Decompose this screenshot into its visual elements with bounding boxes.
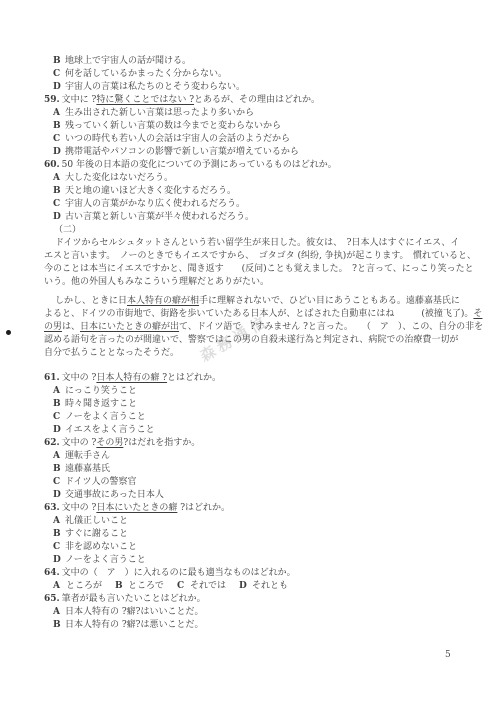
question-title-60: 60.50 年後の日本語の変化についての予測にあっているものはどれか。 [44, 159, 480, 172]
question-text: 文中の ? [62, 373, 97, 383]
option-letter: B [53, 463, 65, 476]
option-row: D交通事故にあった日本人 [44, 489, 480, 502]
option-row: A運転手さん [44, 450, 480, 463]
section-label: （二） [44, 224, 480, 237]
passage-line: の男は、日本にいたときの癖が出て、ドイツ語で ?すみません ?と言った。 （ ア… [44, 321, 480, 334]
option-row: A大した変化はないだろう。 [44, 172, 480, 185]
passage-text: よると、ドイツの市街地で、街路を歩いていたある日本人が、とばされた自動車にはね … [44, 309, 473, 319]
option-letter: B [53, 120, 65, 133]
option-letter: C [53, 198, 65, 211]
question-number: 63. [44, 503, 60, 513]
option-letter: A [53, 450, 65, 463]
inline-options-row: AところがBところでCそれではDそれとも [44, 580, 480, 593]
option-row: A生み出された新しい言葉は思ったより多いから [44, 107, 480, 120]
option-letter: C [53, 133, 65, 146]
option-letter: C [53, 476, 65, 489]
option-text: 携帯電話やパソコンの影響で新しい言葉が増えているから [65, 147, 299, 157]
option-text: 礼儀正しいこと [65, 516, 128, 526]
question-text: 筆者が最も言いたいことはどれか。 [62, 594, 206, 604]
question-title-59: 59.文中に ?特に驚くことではない ?とあるが、その理由はどれか。 [44, 94, 480, 107]
option-letter: B [53, 528, 65, 541]
passage-line: 今のことは本当にイエスですかと、聞き返す (反问)ことも覚えました。 ?と言って… [44, 263, 480, 276]
option-row: A日本人特有の ?癖?はいいことだ。 [44, 606, 480, 619]
option-text: それでは [190, 580, 226, 593]
question-text: 文中の（ ア ）に入れるのに最も適当なものはどれか。 [62, 568, 296, 578]
option-text: 残っていく新しい言葉の数は今までと変わらないから [65, 121, 281, 131]
underlined-phrase: その男 [96, 438, 123, 448]
underlined-phrase: 日本人特有の癖 ? [96, 373, 167, 383]
option-letter: D [53, 211, 65, 224]
passage-text: 自分で払うこととなったそうだ。 [44, 348, 179, 358]
option-row: Bすぐに謝ること [44, 528, 480, 541]
option-row: Dイエスをよく言うこと [44, 424, 480, 437]
option-text: ドイツ人の警察官 [65, 477, 137, 487]
option-text: ノーをよく言うこと [65, 555, 146, 565]
underlined-phrase: 日本にいたときの癖 [96, 503, 177, 513]
option-letter: C [53, 541, 65, 554]
option-row: Cノーをよく言うこと [44, 411, 480, 424]
question-text: 文中の ? [62, 503, 97, 513]
option-row: D古い言葉と新しい言葉が半々使われるだろう。 [44, 211, 480, 224]
question-number: 64. [44, 568, 60, 578]
option-letter: C [177, 580, 190, 593]
option-text: ところが [66, 580, 102, 593]
passage-text: しかし、ときに日 [55, 296, 127, 306]
scanned-test-page: 森務通信 5 B地球上で宇宙人の話が聞ける。 C何を話しているかまったく分からな… [0, 0, 500, 706]
option-letter: D [53, 424, 65, 437]
option-text: ノーをよく言うこと [65, 412, 146, 422]
option-letter: B [53, 619, 65, 632]
option-row: D携帯電話やパソコンの影響で新しい言葉が増えているから [44, 146, 480, 159]
question-text: 文中に ? [62, 95, 97, 105]
option-text: 時々聞き返すこと [65, 399, 137, 409]
option-text: 生み出された新しい言葉は思ったより多いから [65, 108, 254, 118]
option-letter: C [53, 411, 65, 424]
option-text: 天と地の違いほど大きく変化するだろう。 [65, 186, 236, 196]
page-number: 5 [445, 650, 451, 660]
option-text: 大した変化はないだろう。 [65, 173, 173, 183]
underlined-phrase: の男 [44, 322, 62, 332]
option-text: 日本人特有の ?癖?はいいことだ。 [65, 607, 204, 617]
question-number: 59. [44, 95, 60, 105]
option-letter: B [115, 580, 128, 593]
option-letter: B [53, 185, 65, 198]
option-row: A礼儀正しいこと [44, 515, 480, 528]
question-title-62: 62.文中の ?その男?はだれを指すか。 [44, 437, 480, 450]
passage-line: 認める語句を言ったのが間違いで、警察ではこの男の自殺未遂行為と判定され、病院での… [44, 334, 480, 347]
question-title-64: 64.文中の（ ア ）に入れるのに最も適当なものはどれか。 [44, 567, 480, 580]
option-letter: A [53, 606, 65, 619]
option-letter: A [53, 172, 65, 185]
option-letter: D [53, 146, 65, 159]
passage-line: 自分で払うこととなったそうだ。 [44, 347, 480, 360]
passage-text: 認める語句を言ったのが間違いで、警察ではこの男の自殺未遂行為と判定され、病院での… [44, 335, 458, 345]
option-row: C宇宙人の言葉がかなり広く使われるだろう。 [44, 198, 480, 211]
option-row: Dノーをよく言うこと [44, 554, 480, 567]
document-content: B地球上で宇宙人の話が聞ける。 C何を話しているかまったく分からない。 D宇宙人… [44, 55, 480, 632]
option-row: B残っていく新しい言葉の数は今までと変わらないから [44, 120, 480, 133]
option-text: 日本人特有の ?癖?は悪いことだ。 [65, 620, 204, 630]
option-letter: C [53, 68, 65, 81]
question-number: 61. [44, 373, 60, 383]
option-text: 運転手さん [65, 451, 110, 461]
option-letter: D [53, 489, 65, 502]
option-text: イエスをよく言うこと [65, 425, 155, 435]
option-text: 非を認めないこと [65, 542, 137, 552]
option-letter: D [53, 554, 65, 567]
question-text: 50 年後の日本語の変化についての予測にあっているものはどれか。 [62, 160, 337, 170]
question-number: 62. [44, 438, 60, 448]
option-text: 遠藤嘉基氏 [65, 464, 110, 474]
option-row: B遠藤嘉基氏 [44, 463, 480, 476]
question-text: 文中の ? [62, 438, 97, 448]
question-title-61: 61.文中の ?日本人特有の癖 ?とはどれか。 [44, 372, 480, 385]
question-number: 60. [44, 160, 60, 170]
option-row: Cドイツ人の警察官 [44, 476, 480, 489]
option-letter: B [53, 398, 65, 411]
option-letter: D [239, 580, 252, 593]
option-letter: D [53, 81, 65, 94]
option-letter: B [53, 55, 65, 68]
option-row: B天と地の違いほど大きく変化するだろう。 [44, 185, 480, 198]
question-title-63: 63.文中の ?日本にいたときの癖 ?はどれか。 [44, 502, 480, 515]
passage-line: しかし、ときに日本人特有の癖が相手に理解されないで、ひどい目にあうこともある。遠… [44, 295, 480, 308]
option-row: B時々聞き返すこと [44, 398, 480, 411]
option-letter: A [53, 385, 65, 398]
underlined-phrase: 日本にいたときの癖が出 [80, 322, 179, 332]
underlined-phrase: 本人特有の癖が相 [127, 296, 199, 306]
passage-line: よると、ドイツの市街地で、街路を歩いていたある日本人が、とばされた自動車にはね … [44, 308, 480, 321]
option-text: 地球上で宇宙人の話が聞ける。 [65, 56, 191, 66]
question-text: ?はだれを指すか。 [123, 438, 200, 448]
option-text: ところで [128, 580, 164, 593]
option-text: 何を話しているかまったく分からない。 [65, 69, 227, 79]
passage-line: エスと言います。 ノーのときでもイエスですから、 ゴタゴタ (纠纷, 争执)が起… [44, 250, 480, 263]
underlined-phrase: 特に驚くことではない ? [96, 95, 194, 105]
passage-text: は、 [62, 322, 80, 332]
option-row: C何を話しているかまったく分からない。 [44, 68, 480, 81]
underlined-phrase: そ [473, 309, 482, 319]
option-text: 古い言葉と新しい言葉が半々使われるだろう。 [65, 212, 254, 222]
option-letter: A [53, 580, 66, 593]
passage-text: て、ドイツ語で ?すみません ?と言った。 （ ア ）、この、自分の非を [179, 322, 483, 332]
option-row: B地球上で宇宙人の話が聞ける。 [44, 55, 480, 68]
option-text: 宇宙人の言葉は私たちのとそう変わらない。 [65, 82, 245, 92]
option-row: Cいつの時代も若い人の会話は宇宙人の会話のようだから [44, 133, 480, 146]
option-row: C非を認めないこと [44, 541, 480, 554]
passage-line: ドイツからセルシュタットさんという若い留学生が来日した。彼女は、 ?日本人はすぐ… [44, 237, 480, 250]
option-row: Aにっこり笑うこと [44, 385, 480, 398]
question-number: 65. [44, 594, 60, 604]
option-text: すぐに謝ること [65, 529, 128, 539]
option-letter: A [53, 515, 65, 528]
option-row: B日本人特有の ?癖?は悪いことだ。 [44, 619, 480, 632]
margin-bullet-marker [6, 330, 11, 335]
option-letter: A [53, 107, 65, 120]
question-text: ?はどれか。 [177, 503, 230, 513]
option-row: D宇宙人の言葉は私たちのとそう変わらない。 [44, 81, 480, 94]
question-title-65: 65.筆者が最も言いたいことはどれか。 [44, 593, 480, 606]
question-text: とはどれか。 [167, 373, 221, 383]
passage-text: 手に理解されないで、ひどい目にあうこともある。遠藤嘉基氏に [199, 296, 460, 306]
option-text: にっこり笑うこと [65, 386, 137, 396]
question-text: とあるが、その理由はどれか。 [194, 95, 320, 105]
option-text: 宇宙人の言葉がかなり広く使われるだろう。 [65, 199, 245, 209]
option-text: 交通事故にあった日本人 [65, 490, 164, 500]
passage-line: いう。他の外国人もみなこういう理解だとありがたい。 [44, 276, 480, 289]
option-text: いつの時代も若い人の会話は宇宙人の会話のようだから [65, 134, 290, 144]
option-text: それとも [252, 580, 288, 593]
